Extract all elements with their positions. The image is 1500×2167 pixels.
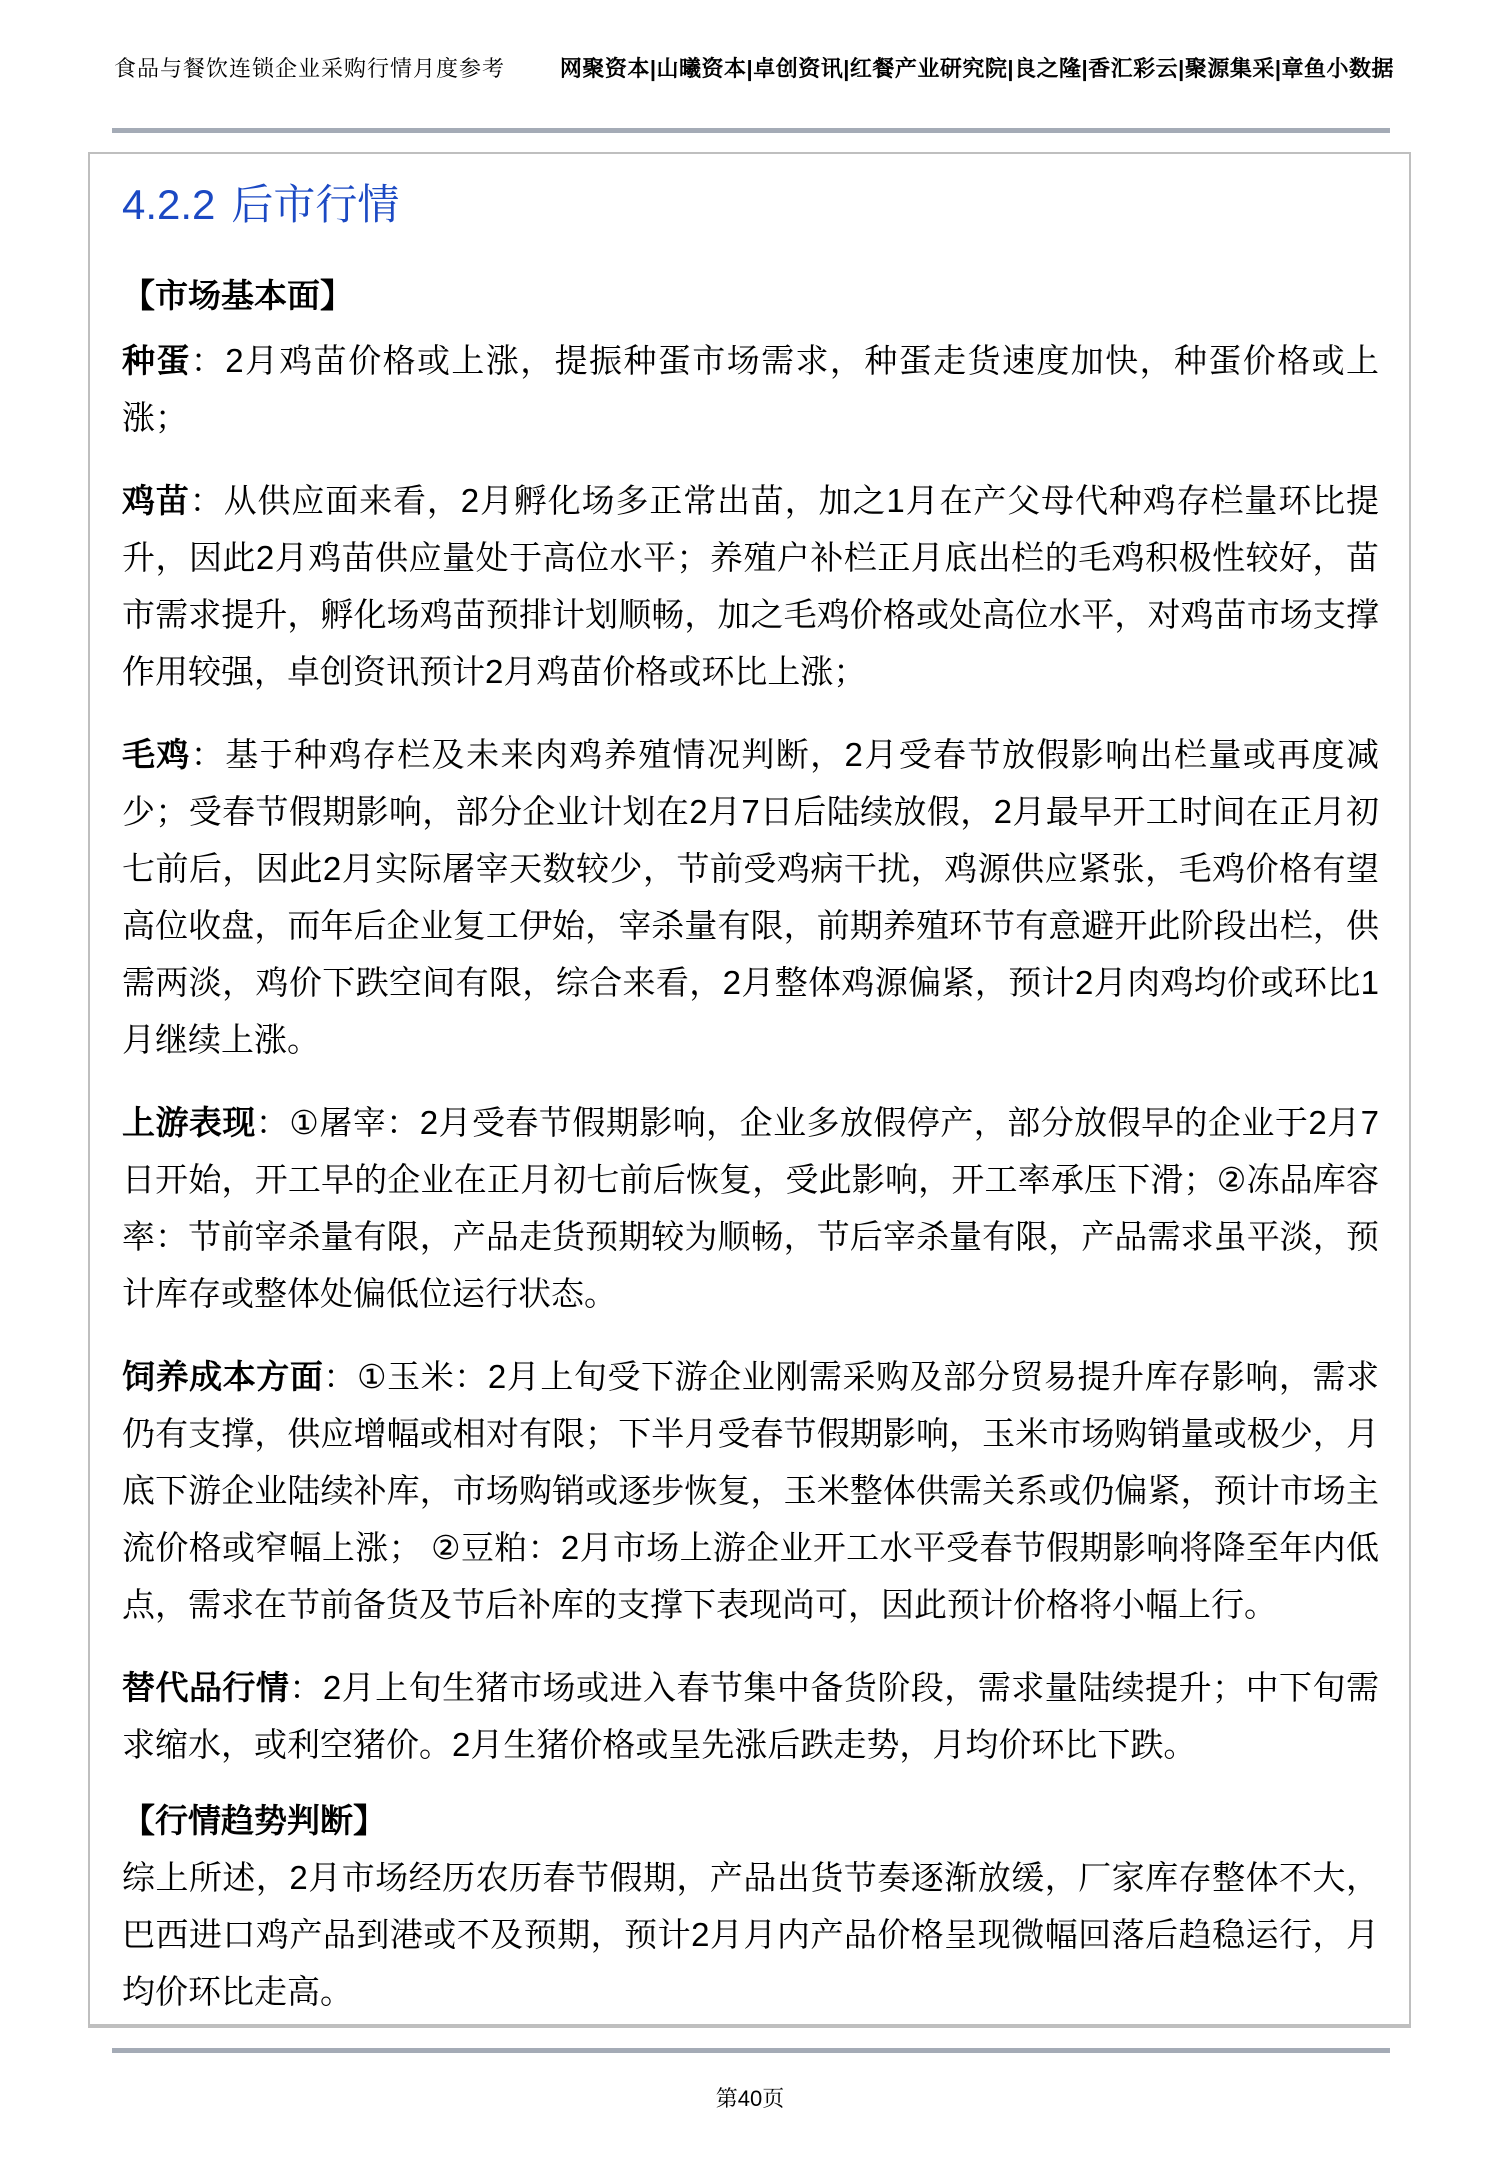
document-page: { "header": { "left_title": "食品与餐饮连锁企业采购… — [0, 0, 1500, 2167]
paragraph-substitute-market: 替代品行情：2月上旬生猪市场或进入春节集中备货阶段，需求量陆续提升；中下旬需求缩… — [122, 1659, 1379, 1773]
paragraph-conclusion: 综上所述，2月市场经历农历春节假期，产品出货节奏逐渐放缓，厂家库存整体不大，巴西… — [122, 1849, 1379, 2020]
paragraph-label: 替代品行情 — [122, 1669, 289, 1706]
paragraph-text: ：2月上旬生猪市场或进入春节集中备货阶段，需求量陆续提升；中下旬需求缩水，或利空… — [122, 1669, 1379, 1763]
subsection-trend-judgement-header: 【行情趋势判断】 — [122, 1799, 1379, 1843]
paragraph-text: ：①屠宰：2月受春节假期影响，企业多放假停产，部分放假早的企业于2月7日开始，开… — [122, 1104, 1379, 1312]
paragraph-label: 种蛋 — [122, 342, 191, 379]
paragraph-label: 饲养成本方面 — [122, 1358, 323, 1395]
paragraph-label: 鸡苗 — [122, 482, 190, 519]
paragraph-chicks: 鸡苗：从供应面来看，2月孵化场多正常出苗，加之1月在产父母代种鸡存栏量环比提升，… — [122, 472, 1379, 700]
paragraph-breeding-eggs: 种蛋：2月鸡苗价格或上涨，提振种蛋市场需求，种蛋走货速度加快，种蛋价格或上涨； — [122, 332, 1379, 446]
subsection-market-fundamentals-header: 【市场基本面】 — [122, 274, 1379, 318]
paragraph-text: ：从供应面来看，2月孵化场多正常出苗，加之1月在产父母代种鸡存栏量环比提升，因此… — [122, 482, 1379, 690]
paragraph-label: 上游表现 — [122, 1104, 256, 1141]
header-divider-rule — [112, 128, 1390, 133]
paragraph-text: ：①玉米：2月上旬受下游企业刚需采购及部分贸易提升库存影响，需求仍有支撑，供应增… — [122, 1358, 1379, 1623]
header-report-title: 食品与餐饮连锁企业采购行情月度参考 — [114, 54, 505, 84]
paragraph-text: ：基于种鸡存栏及未来肉鸡养殖情况判断，2月受春节放假影响出栏量或再度减少；受春节… — [122, 736, 1379, 1058]
paragraph-label: 毛鸡 — [122, 736, 191, 773]
paragraph-upstream-performance: 上游表现：①屠宰：2月受春节假期影响，企业多放假停产，部分放假早的企业于2月7日… — [122, 1094, 1379, 1322]
page-number: 第40页 — [0, 2082, 1500, 2113]
section-heading: 4.2.2后市行情 — [122, 180, 1379, 230]
header-brand-list: 网聚资本|山曦资本|卓创资讯|红餐产业研究院|良之隆|香汇彩云|聚源集采|章鱼小… — [560, 54, 1394, 84]
footer-divider-rule — [112, 2048, 1390, 2053]
paragraph-live-chicken: 毛鸡：基于种鸡存栏及未来肉鸡养殖情况判断，2月受春节放假影响出栏量或再度减少；受… — [122, 726, 1379, 1068]
content-box: 4.2.2后市行情 【市场基本面】 种蛋：2月鸡苗价格或上涨，提振种蛋市场需求，… — [88, 152, 1411, 2028]
section-number: 4.2.2 — [122, 181, 215, 228]
paragraph-feed-cost: 饲养成本方面：①玉米：2月上旬受下游企业刚需采购及部分贸易提升库存影响，需求仍有… — [122, 1348, 1379, 1633]
section-title: 后市行情 — [231, 181, 399, 228]
paragraph-text: ：2月鸡苗价格或上涨，提振种蛋市场需求，种蛋走货速度加快，种蛋价格或上涨； — [122, 342, 1379, 436]
page-header: 食品与餐饮连锁企业采购行情月度参考 网聚资本|山曦资本|卓创资讯|红餐产业研究院… — [114, 54, 1394, 84]
